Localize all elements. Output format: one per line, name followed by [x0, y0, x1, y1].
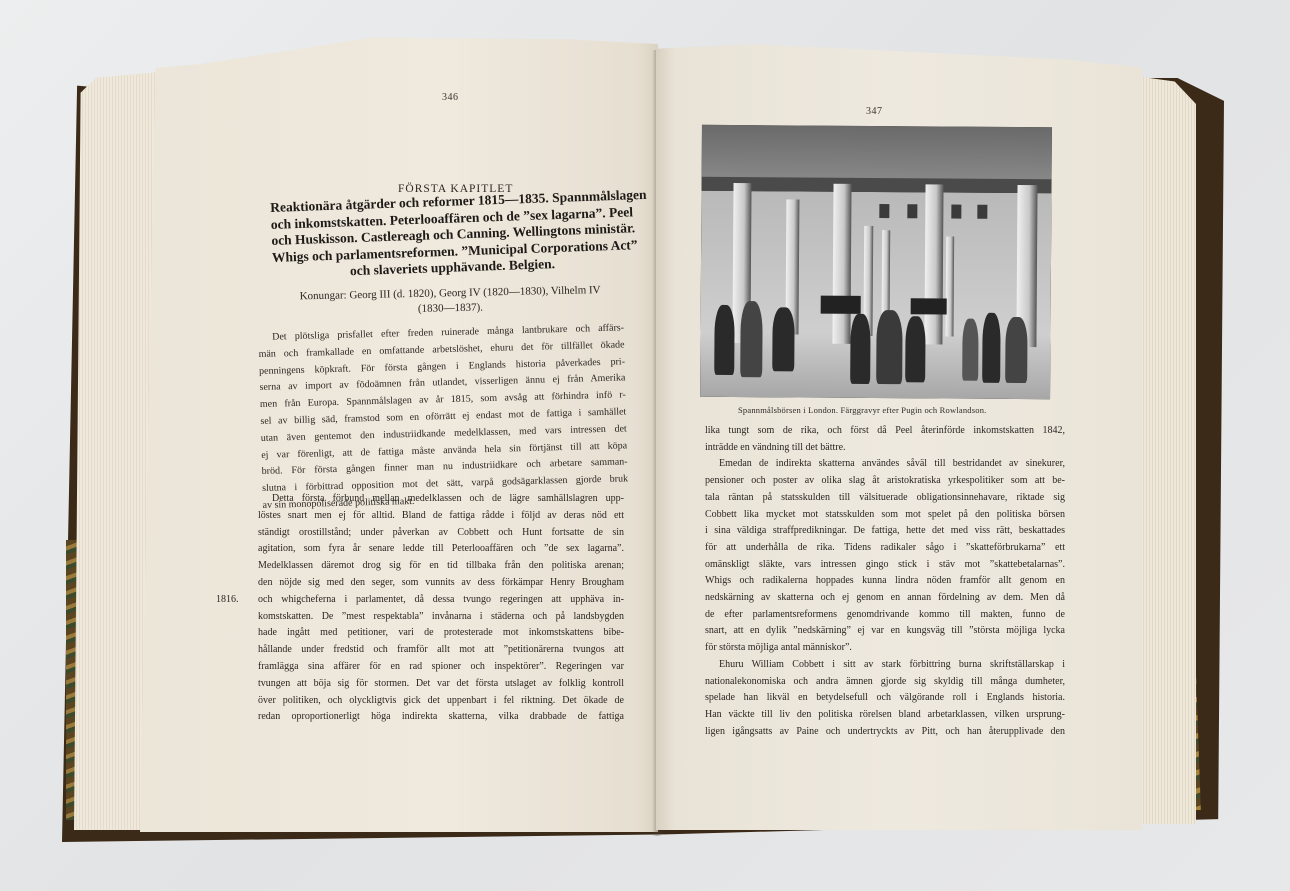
- text-line: snart, att en dylik ”nedskärning” ej var…: [705, 623, 1065, 640]
- text-line: nationalekonomiska och andra ämnen gjord…: [705, 674, 1065, 691]
- text-line: Emedan de indirekta skatterna användes s…: [705, 456, 1065, 473]
- text-line: Whigs och radikalerna hoppades kunna lin…: [705, 573, 1065, 590]
- text-line: nedskärning av skatterna och ej genom en…: [705, 590, 1065, 607]
- text-line: tala räntan på statsskulden till välsitu…: [705, 490, 1065, 507]
- text-line: lika tungt som de rika, och först då Pee…: [705, 423, 1065, 440]
- text-line: Ehuru William Cobbett i sitt av stark fö…: [705, 657, 1065, 674]
- text-line: löstes snart men ej för alltid. Bland de…: [258, 508, 624, 525]
- text-line: inträdde en vändning till det bättre.: [705, 440, 1065, 457]
- text-line: pensioner och poster av olika slag åt ar…: [705, 473, 1065, 490]
- text-line: Cobbett lika mycket mot statsskulden som…: [705, 507, 1065, 524]
- text-line: för att underhålla de rika. Tidens radik…: [705, 540, 1065, 557]
- text-line: hade ingått med petitioner, vari de prot…: [258, 625, 624, 642]
- left-paragraph-2: Detta första förbund mellan medelklassen…: [258, 491, 624, 726]
- margin-year-note: 1816.: [216, 594, 239, 605]
- right-page-text: lika tungt som de rika, och först då Pee…: [705, 423, 1065, 740]
- illustration-caption: Spannmålsbörsen i London. Färggravyr eft…: [738, 405, 986, 415]
- corn-exchange-illustration: [700, 125, 1052, 399]
- left-paragraph-1: Det plötsliga prisfallet efter freden ru…: [258, 320, 629, 514]
- text-line: Detta första förbund mellan medelklassen…: [258, 491, 624, 508]
- text-line: omänskligt släkte, vars intressen gingo …: [705, 557, 1065, 574]
- text-line: de efter parlamentsreformens genomdrivan…: [705, 607, 1065, 624]
- page-number-right: 347: [866, 106, 883, 117]
- page-number-left: 346: [442, 92, 459, 103]
- text-line: ständigt orostillstånd; under påverkan a…: [258, 525, 624, 542]
- text-line: agitation, som fyra år senare ledde till…: [258, 541, 624, 558]
- text-line: den nöjde sig med den seger, som vunnits…: [258, 575, 624, 592]
- text-line: framlägga sina affärer för en rad spione…: [258, 659, 624, 676]
- text-line: Medelklassen däremot drog sig för en tid…: [258, 558, 624, 575]
- text-line: tvungen att böja sig för stormen. Det va…: [258, 676, 624, 693]
- text-line: redan oproportionerligt höga indirekta s…: [258, 709, 624, 726]
- text-line: i sina väldiga straffpredikningar. De fa…: [705, 523, 1065, 540]
- text-line: och whigcheferna i parlamentet, då dessa…: [258, 592, 624, 609]
- text-line: spelade han likväl en betydelsefull och …: [705, 690, 1065, 707]
- text-line: över politiken, och olyckligtvis gick de…: [258, 693, 624, 710]
- text-line: hållande under fredstid och framför allt…: [258, 642, 624, 659]
- text-line: för största möjliga antal människor”.: [705, 640, 1065, 657]
- text-line: komstskatten. De ”mest respektabla” invå…: [258, 609, 624, 626]
- text-line: Han väckte till liv den politiska rörels…: [705, 707, 1065, 724]
- text-line: ligen igångsatts av Paine och undertryck…: [705, 724, 1065, 741]
- chapter-synopsis: Reaktionära åtgärder och reformer 1815—1…: [270, 187, 633, 282]
